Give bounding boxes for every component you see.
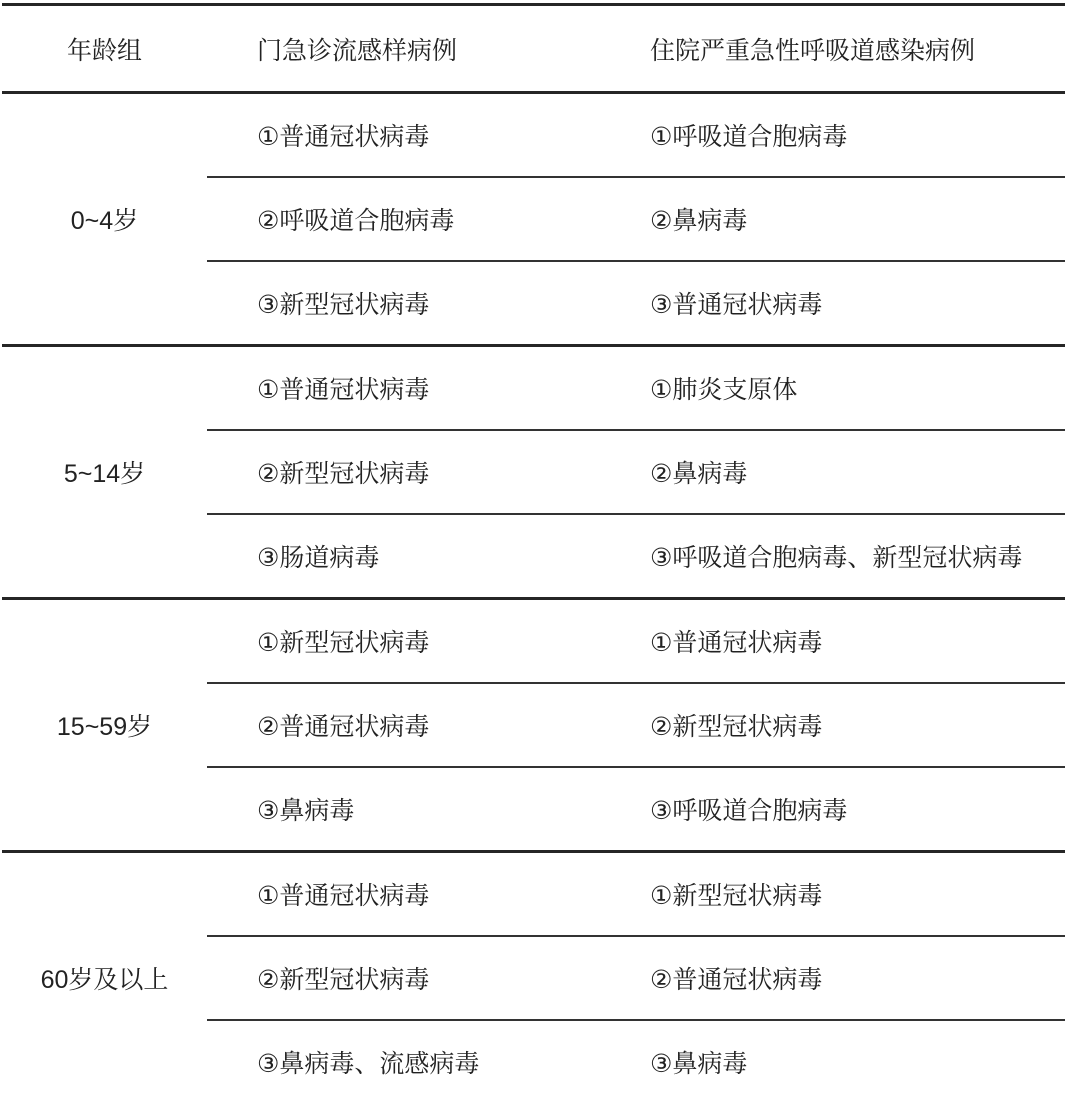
pathogen-rank-row: ②普通冠状病毒 ②新型冠状病毒 xyxy=(207,684,1065,768)
pathogen-subrows: ①新型冠状病毒 ①普通冠状病毒 ②普通冠状病毒 ②新型冠状病毒 ③鼻病毒 ③呼吸… xyxy=(207,600,1065,850)
pathogen-subrows: ①普通冠状病毒 ①呼吸道合胞病毒 ②呼吸道合胞病毒 ②鼻病毒 ③新型冠状病毒 ③… xyxy=(207,94,1065,344)
sari-pathogen-rank-3: ③呼吸道合胞病毒、新型冠状病毒 xyxy=(650,538,1065,574)
age-group-label: 0~4岁 xyxy=(2,94,207,344)
sari-pathogen-rank-3: ③呼吸道合胞病毒 xyxy=(650,791,1065,827)
ili-pathogen-rank-2: ②新型冠状病毒 xyxy=(207,454,650,490)
pathogen-rank-row: ②呼吸道合胞病毒 ②鼻病毒 xyxy=(207,178,1065,262)
ili-pathogen-rank-2: ②新型冠状病毒 xyxy=(207,960,650,996)
pathogen-rank-row: ①普通冠状病毒 ①呼吸道合胞病毒 xyxy=(207,94,1065,178)
pathogen-rank-row: ③肠道病毒 ③呼吸道合胞病毒、新型冠状病毒 xyxy=(207,515,1065,597)
sari-pathogen-rank-3: ③鼻病毒 xyxy=(650,1044,1065,1080)
header-age-group: 年龄组 xyxy=(2,31,207,67)
ili-pathogen-rank-3: ③新型冠状病毒 xyxy=(207,285,650,321)
table-header-row: 年龄组 门急诊流感样病例 住院严重急性呼吸道感染病例 xyxy=(2,6,1065,94)
ili-pathogen-rank-2: ②呼吸道合胞病毒 xyxy=(207,201,650,237)
ili-pathogen-rank-1: ①普通冠状病毒 xyxy=(207,876,650,912)
age-group-row-15-59: 15~59岁 ①新型冠状病毒 ①普通冠状病毒 ②普通冠状病毒 ②新型冠状病毒 ③… xyxy=(2,600,1065,853)
age-group-label: 60岁及以上 xyxy=(2,853,207,1102)
pathogen-rank-row: ②新型冠状病毒 ②鼻病毒 xyxy=(207,431,1065,515)
pathogen-subrows: ①普通冠状病毒 ①新型冠状病毒 ②新型冠状病毒 ②普通冠状病毒 ③鼻病毒、流感病… xyxy=(207,853,1065,1102)
sari-pathogen-rank-1: ①普通冠状病毒 xyxy=(650,623,1065,659)
ili-pathogen-rank-3: ③鼻病毒、流感病毒 xyxy=(207,1044,650,1080)
age-group-label: 5~14岁 xyxy=(2,347,207,597)
sari-pathogen-rank-1: ①肺炎支原体 xyxy=(650,370,1065,406)
sari-pathogen-rank-1: ①新型冠状病毒 xyxy=(650,876,1065,912)
sari-pathogen-rank-2: ②普通冠状病毒 xyxy=(650,960,1065,996)
pathogen-rank-row: ③鼻病毒 ③呼吸道合胞病毒 xyxy=(207,768,1065,850)
pathogen-subrows: ①普通冠状病毒 ①肺炎支原体 ②新型冠状病毒 ②鼻病毒 ③肠道病毒 ③呼吸道合胞… xyxy=(207,347,1065,597)
sari-pathogen-rank-1: ①呼吸道合胞病毒 xyxy=(650,117,1065,153)
pathogen-rank-row: ①普通冠状病毒 ①肺炎支原体 xyxy=(207,347,1065,431)
ili-pathogen-rank-2: ②普通冠状病毒 xyxy=(207,707,650,743)
pathogen-rank-row: ③鼻病毒、流感病毒 ③鼻病毒 xyxy=(207,1021,1065,1102)
sari-pathogen-rank-2: ②鼻病毒 xyxy=(650,454,1065,490)
sari-pathogen-rank-2: ②新型冠状病毒 xyxy=(650,707,1065,743)
pathogen-rank-row: ③新型冠状病毒 ③普通冠状病毒 xyxy=(207,262,1065,344)
age-group-row-0-4: 0~4岁 ①普通冠状病毒 ①呼吸道合胞病毒 ②呼吸道合胞病毒 ②鼻病毒 ③新型冠… xyxy=(2,94,1065,347)
header-sari-cases: 住院严重急性呼吸道感染病例 xyxy=(650,31,1065,67)
pathogen-ranking-table: 年龄组 门急诊流感样病例 住院严重急性呼吸道感染病例 0~4岁 ①普通冠状病毒 … xyxy=(2,3,1065,1102)
age-group-row-60-plus: 60岁及以上 ①普通冠状病毒 ①新型冠状病毒 ②新型冠状病毒 ②普通冠状病毒 ③… xyxy=(2,853,1065,1102)
pathogen-rank-row: ①普通冠状病毒 ①新型冠状病毒 xyxy=(207,853,1065,937)
sari-pathogen-rank-2: ②鼻病毒 xyxy=(650,201,1065,237)
age-group-label: 15~59岁 xyxy=(2,600,207,850)
ili-pathogen-rank-3: ③肠道病毒 xyxy=(207,538,650,574)
ili-pathogen-rank-1: ①普通冠状病毒 xyxy=(207,370,650,406)
sari-pathogen-rank-3: ③普通冠状病毒 xyxy=(650,285,1065,321)
ili-pathogen-rank-3: ③鼻病毒 xyxy=(207,791,650,827)
age-group-row-5-14: 5~14岁 ①普通冠状病毒 ①肺炎支原体 ②新型冠状病毒 ②鼻病毒 ③肠道病毒 … xyxy=(2,347,1065,600)
ili-pathogen-rank-1: ①新型冠状病毒 xyxy=(207,623,650,659)
header-ili-cases: 门急诊流感样病例 xyxy=(207,31,650,67)
ili-pathogen-rank-1: ①普通冠状病毒 xyxy=(207,117,650,153)
pathogen-rank-row: ②新型冠状病毒 ②普通冠状病毒 xyxy=(207,937,1065,1021)
pathogen-rank-row: ①新型冠状病毒 ①普通冠状病毒 xyxy=(207,600,1065,684)
